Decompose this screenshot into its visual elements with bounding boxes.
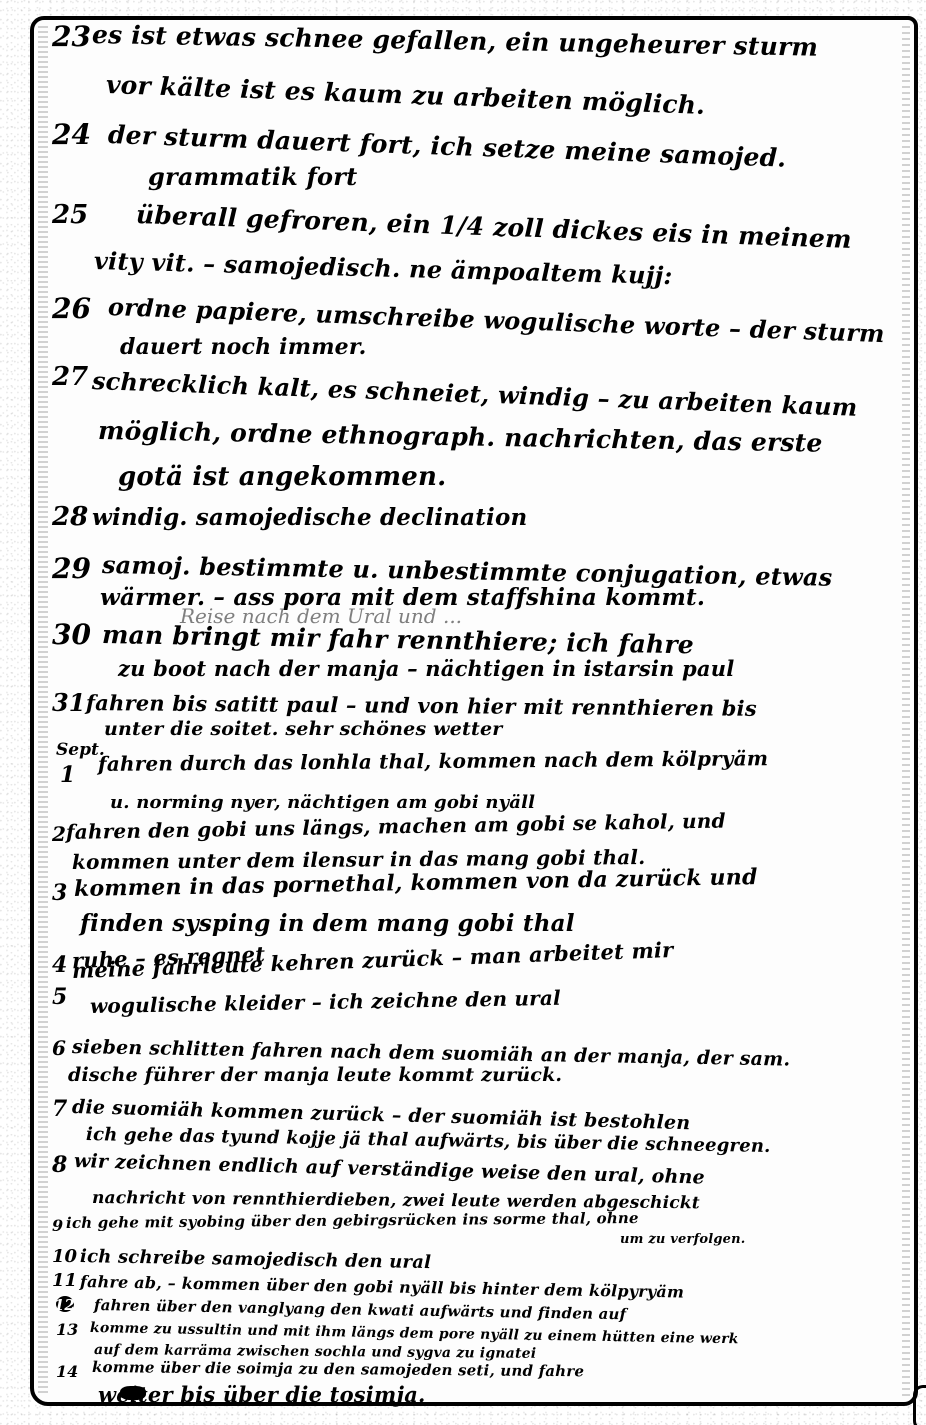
entry-day-24: 24 xyxy=(52,118,91,151)
entry-31-line-2: unter die soitet. sehr schönes wetter xyxy=(104,718,502,740)
entry-day-11: 11 xyxy=(52,1270,77,1291)
entry-day-23: 23 xyxy=(52,20,91,53)
entry-day-25: 25 xyxy=(52,200,88,230)
entry-26-line-2: dauert noch immer. xyxy=(120,334,367,360)
entry-day-1: 1 xyxy=(60,762,75,788)
entry-day-9: 9 xyxy=(52,1216,63,1235)
entry-day-12: 12 xyxy=(54,1296,75,1314)
entry-day-14: 14 xyxy=(56,1362,78,1381)
entry-27-line-3: gotä ist angekommen. xyxy=(118,462,446,492)
entry-24-line-2: grammatik fort xyxy=(148,162,357,191)
entry-day-31: 31 xyxy=(52,688,85,717)
entry-day-29: 29 xyxy=(52,552,91,585)
entry-8-line-3: um zu verfolgen. xyxy=(620,1232,746,1247)
page-edge-curl xyxy=(913,1385,926,1425)
entry-28-line-1: windig. samojedische declination xyxy=(92,504,527,531)
entry-day-2: 2 xyxy=(52,822,66,846)
entry-day-8: 8 xyxy=(52,1152,67,1178)
entry-3-line-2: finden sysping in dem mang gobi thal xyxy=(80,910,575,937)
entry-30-line-2: zu boot nach der manja – nächtigen in is… xyxy=(118,656,734,681)
entry-day-7: 7 xyxy=(52,1096,67,1122)
entry-14-line-2: weiter bis über die tosimja. xyxy=(98,1382,426,1407)
entry-day-5: 5 xyxy=(52,984,67,1010)
entry-6-line-2: dische führer der manja leute kommt zurü… xyxy=(68,1064,562,1086)
entry-day-28: 28 xyxy=(52,502,88,532)
entry-day-3: 3 xyxy=(52,880,67,906)
entry-day-6: 6 xyxy=(52,1036,66,1060)
entry-day-13: 13 xyxy=(56,1320,78,1339)
entry-1-line-2: u. norming nyer, nächtigen am gobi nyäll xyxy=(110,792,535,813)
entry-day-30: 30 xyxy=(52,618,91,651)
entry-day-27: 27 xyxy=(52,362,88,392)
entry-day-10: 10 xyxy=(52,1246,77,1267)
entry-day-26: 26 xyxy=(52,292,91,325)
entry-day-4: 4 xyxy=(52,952,67,978)
